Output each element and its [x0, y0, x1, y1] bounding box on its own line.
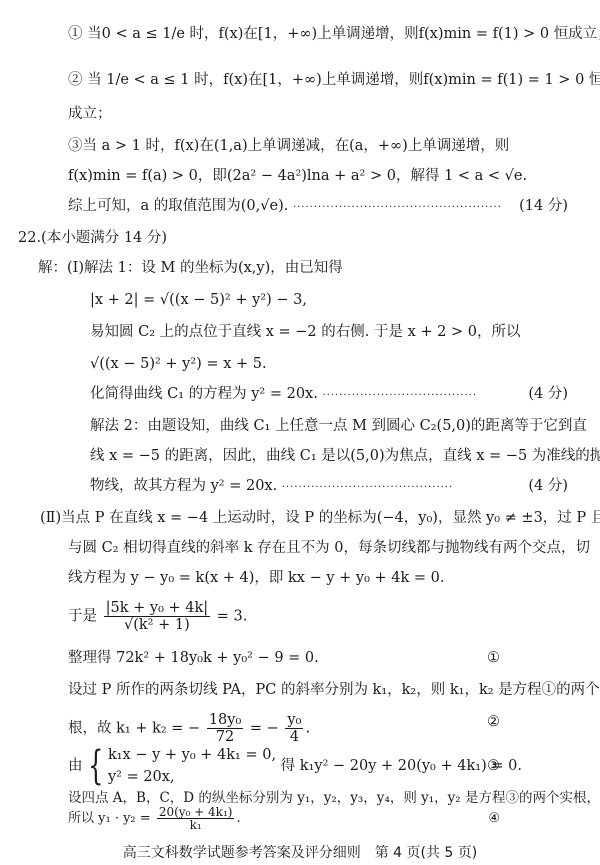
case-2-line: ② 当 1/e < a ≤ 1 时，f(x)在[1，+∞)上单调递增，则f(x)… [68, 70, 600, 90]
score-label: (4 分) [528, 476, 568, 496]
part-2-line-b: 与圆 C₂ 相切得直线的斜率 k 存在且不为 0，每条切线都与抛物线有两个交点，… [68, 538, 590, 558]
system-prefix: 由 [68, 758, 83, 774]
numerator: 18y₀ [207, 712, 243, 729]
equation-system: k₁x − y + y₀ + 4k₁ = 0,y² = 20x, [108, 744, 276, 788]
prefix-text: 于是 [68, 609, 97, 625]
result-text: 化简得曲线 C₁ 的方程为 y² = 20x. [90, 386, 318, 402]
numerator: |5k + y₀ + 4k| [104, 600, 211, 617]
equation-1: |x + 2| = √((x − 5)² + y²) − 3, [90, 290, 307, 310]
result-line-1: 化简得曲线 C₁ 的方程为 y² = 20x. ················… [90, 384, 568, 406]
method-2-line-a: 解法 2：由题设知，曲线 C₁ 上任意一点 M 到圆心 C₂(5,0)的距离等于… [90, 416, 587, 436]
method-2-line-b: 线 x = −5 的距离，因此，曲线 C₁ 是以(5,0)为焦点，直线 x = … [90, 446, 600, 466]
equation-2: √((x − 5)² + y²) = x + 5. [90, 354, 267, 374]
system-eq-1: k₁x − y + y₀ + 4k₁ = 0, [108, 744, 276, 766]
method-2-line-c: 物线，故其方程为 y² = 20x. ·····················… [90, 476, 568, 498]
question-22-header: 22.(本小题满分 14 分) [18, 228, 167, 248]
numerator: y₀ [285, 712, 303, 729]
denominator: k₁ [157, 819, 235, 831]
case-3-line: ③当 a > 1 时，f(x)在(1,a)上单调递减，在(a，+∞)上单调递增，… [68, 136, 509, 156]
product-prefix: 所以 y₁ · y₂ = [68, 811, 151, 826]
fraction: 20(y₀ + 4k₁) k₁ [157, 806, 235, 831]
denominator: 72 [207, 729, 243, 745]
conclusion-text: 综上可知，a 的取值范围为(0,√e). [68, 198, 288, 214]
conclusion-line: 综上可知，a 的取值范围为(0,√e). ···················… [68, 196, 568, 218]
vieta-line: 根，故 k₁ + k₂ = − 18y₀ 72 = − y₀ 4 . ② [68, 712, 518, 745]
explanation-1: 易知圆 C₂ 上的点位于直线 x = −2 的右侧. 于是 x + 2 > 0，… [90, 322, 520, 342]
system-line: 由{k₁x − y + y₀ + 4k₁ = 0,y² = 20x, 得 k₁y… [68, 744, 518, 788]
system-eq-2: y² = 20x, [108, 766, 276, 788]
equation-marker-1: ① [487, 648, 500, 668]
equation-marker-3: ③ [487, 744, 500, 788]
fraction: |5k + y₀ + 4k| √(k² + 1) [104, 600, 211, 633]
denominator: √(k² + 1) [104, 617, 211, 633]
part-2-line-a: (Ⅱ)当点 P 在直线 x = −4 上运动时，设 P 的坐标为(−4，y₀)，… [40, 508, 600, 528]
score-label: (4 分) [528, 384, 568, 404]
page-footer: 高三文科数学试题参考答案及评分细则 第 4 页(共 5 页) [0, 842, 600, 862]
suffix-text: = 3. [217, 609, 248, 625]
case-2-cont: 成立； [68, 104, 112, 124]
product-line: 所以 y₁ · y₂ = 20(y₀ + 4k₁) k₁ . ④ [68, 806, 518, 831]
leader-dots: ········································… [282, 482, 453, 493]
four-points-line: 设四点 A，B，C，D 的纵坐标分别为 y₁，y₂，y₃，y₄，则 y₁，y₂ … [68, 788, 600, 808]
denominator: 4 [285, 729, 303, 745]
score-label: (14 分) [519, 196, 568, 216]
quadratic-text: 整理得 72k² + 18y₀k + y₀² − 9 = 0. [68, 650, 319, 666]
brace-icon: { [88, 746, 103, 786]
fraction: y₀ 4 [285, 712, 303, 745]
part-2-line-c: 线方程为 y − y₀ = k(x + 4)，即 kx − y + y₀ + 4… [68, 568, 445, 588]
case-1-line: ① 当0 < a ≤ 1/e 时，f(x)在[1，+∞)上单调递增，则f(x)m… [68, 24, 600, 44]
vieta-prefix: 根，故 k₁ + k₂ = − [68, 721, 200, 737]
quadratic-line: 整理得 72k² + 18y₀k + y₀² − 9 = 0. ① [68, 648, 518, 668]
part-1-intro: 解：(Ⅰ)解法 1：设 M 的坐标为(x,y)，由已知得 [38, 258, 343, 278]
equation-marker-2: ② [487, 712, 500, 732]
distance-equation: 于是 |5k + y₀ + 4k| √(k² + 1) = 3. [68, 600, 247, 633]
leader-dots: ····································· [322, 390, 477, 401]
equation-marker-4: ④ [488, 812, 500, 826]
system-result: 得 k₁y² − 20y + 20(y₀ + 4k₁) = 0. [281, 758, 522, 774]
case-3-cont: f(x)min = f(a) > 0，即(2a² − 4a²)lna + a² … [68, 166, 527, 186]
fraction: 18y₀ 72 [207, 712, 243, 745]
method-2-text: 物线，故其方程为 y² = 20x. [90, 478, 277, 494]
leader-dots: ········································… [293, 202, 502, 213]
slopes-line: 设过 P 所作的两条切线 PA，PC 的斜率分别为 k₁，k₂，则 k₁，k₂ … [68, 680, 600, 700]
vieta-mid: = − [250, 721, 279, 737]
